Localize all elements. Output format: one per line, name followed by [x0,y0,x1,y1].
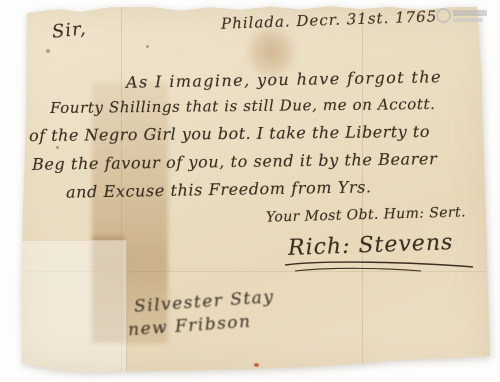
address-flap [18,240,127,375]
letter-signature: Rich: Stevens [288,230,454,261]
letter-paper: Sir, Philada. Decr. 31st. 1765 As I imag… [0,0,500,382]
watermark-logo-icon [436,8,487,23]
paper-sheet: Sir, Philada. Decr. 31st. 1765 As I imag… [0,0,500,382]
signature-flourish [283,258,475,274]
letter-body-line: and Excuse this Freedom from Yrs. [66,177,372,201]
foxing-speck [56,146,59,149]
watermark-text-blocks [453,10,487,22]
foxing-speck [146,45,149,48]
photo-canvas: Sir, Philada. Decr. 31st. 1765 As I imag… [0,0,500,382]
foxing-speck [46,49,50,53]
letter-dateline: Philada. Decr. 31st. 1765 [221,7,438,33]
letter-body-line: Fourty Shillings that is still Due, me o… [50,95,436,117]
watermark-ring-icon [436,8,451,23]
letter-body-line: As I imagine, you have forgot the [126,67,442,92]
red-wax-speck [254,363,259,367]
letter-body-line: of the Negro Girl you bot. I take the Li… [29,122,430,145]
letter-closing: Your Most Obt. Hum: Sert. [266,204,466,225]
letter-salutation: Sir, [51,18,87,42]
